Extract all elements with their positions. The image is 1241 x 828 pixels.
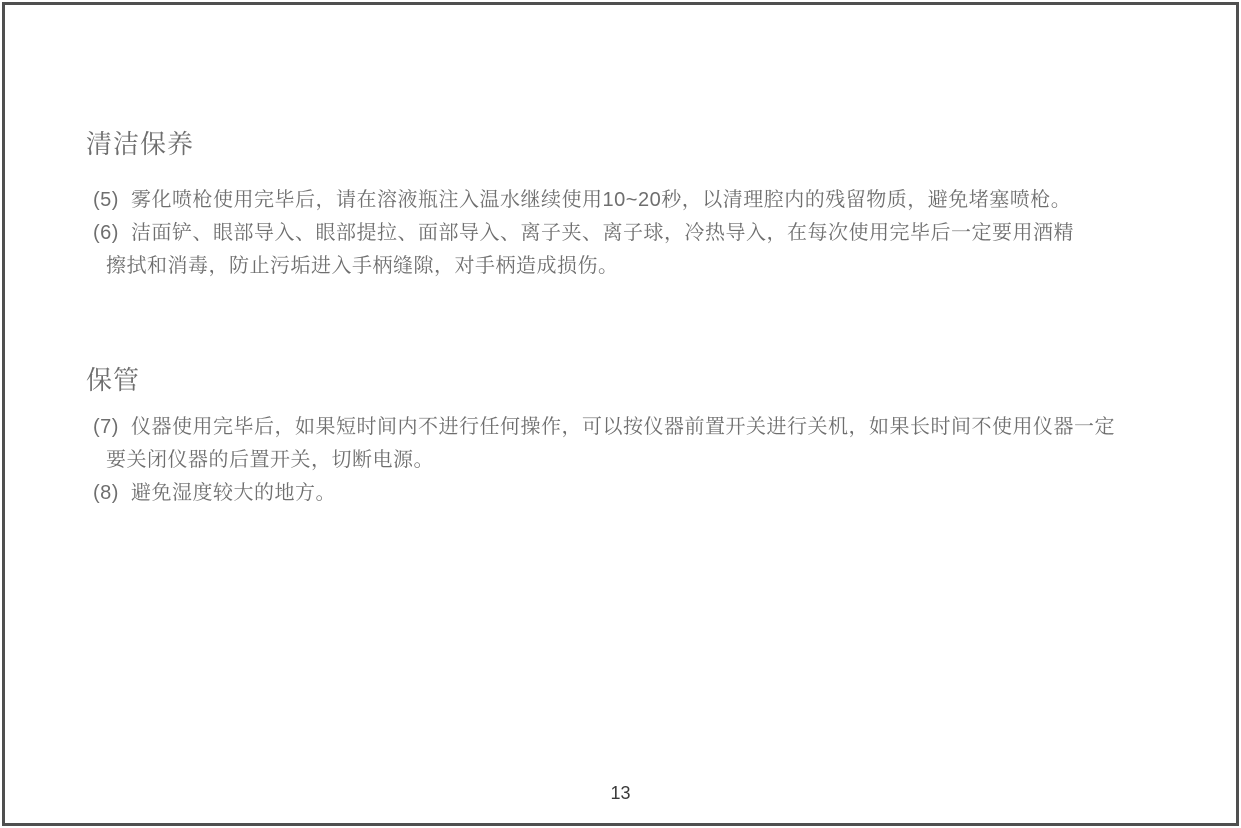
page-number: 13 (0, 783, 1241, 804)
list-item-8: (8) 避免湿度较大的地方。 (93, 477, 1115, 510)
list-item-7-line-1: (7) 仪器使用完毕后，如果短时间内不进行任何操作，可以按仪器前置开关进行关机，… (93, 411, 1115, 444)
cleaning-maintenance-list: (5) 雾化喷枪使用完毕后，请在溶液瓶注入温水继续使用10~20秒，以清理腔内的… (93, 184, 1074, 283)
list-item-6-line-1: (6) 洁面铲、眼部导入、眼部提拉、面部导入、离子夹、离子球，冷热导入，在每次使… (93, 217, 1074, 250)
list-item-6-line-2: 擦拭和消毒，防止污垢进入手柄缝隙，对手柄造成损伤。 (93, 250, 1074, 283)
list-item-7-line-2: 要关闭仪器的后置开关，切断电源。 (93, 444, 1115, 477)
manual-page: { "document": { "page_number": "13", "se… (0, 0, 1241, 828)
list-item-5: (5) 雾化喷枪使用完毕后，请在溶液瓶注入温水继续使用10~20秒，以清理腔内的… (93, 184, 1074, 217)
storage-list: (7) 仪器使用完毕后，如果短时间内不进行任何操作，可以按仪器前置开关进行关机，… (93, 411, 1115, 510)
section-heading-cleaning-maintenance: 清洁保养 (86, 124, 194, 161)
section-heading-storage: 保管 (86, 360, 140, 397)
